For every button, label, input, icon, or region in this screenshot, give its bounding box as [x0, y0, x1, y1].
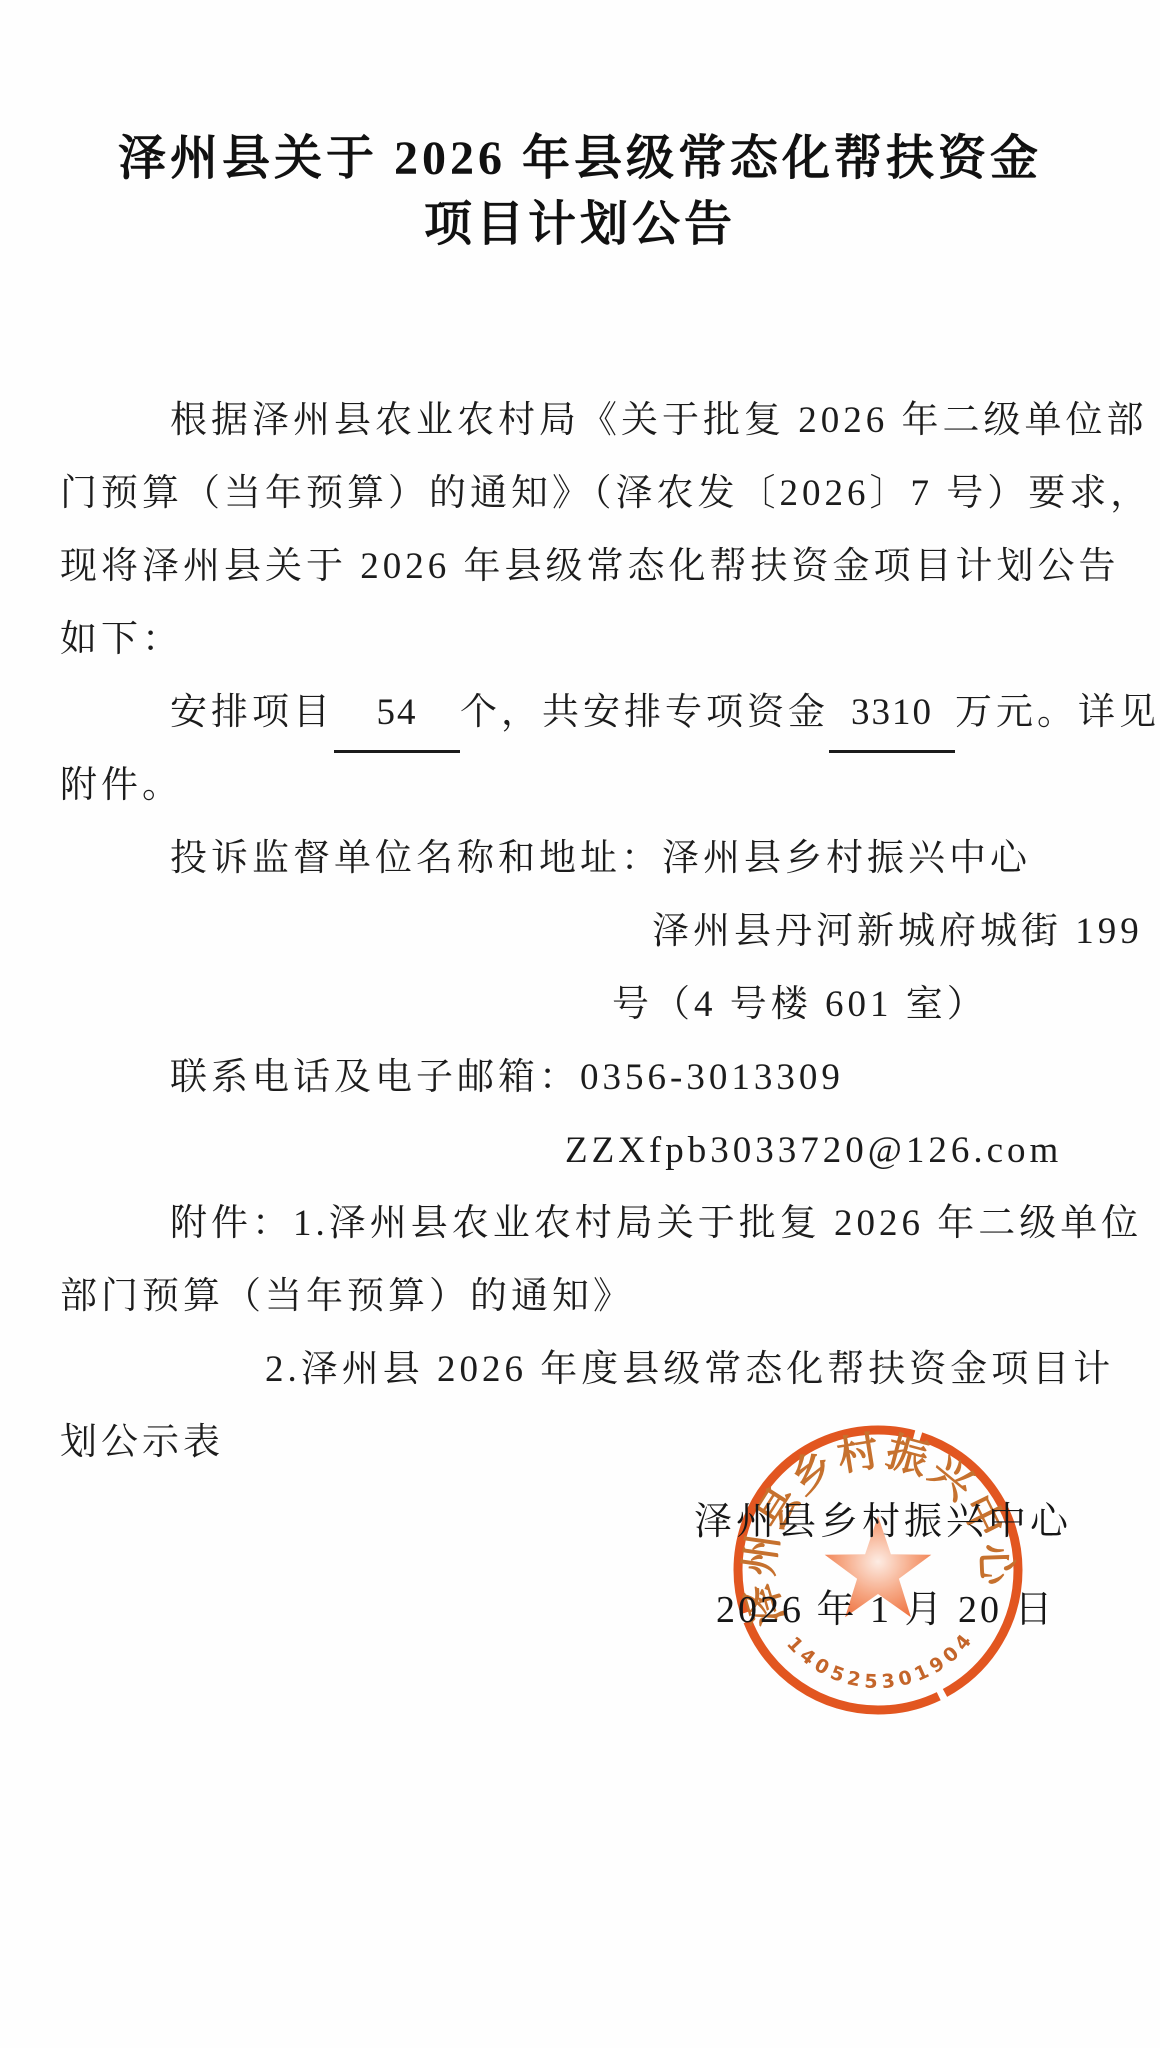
body-line: 根据泽州县农业农村局《关于批复 2026 年二级单位部: [170, 384, 1106, 457]
page-title-line2: 项目计划公告: [0, 192, 1160, 258]
phone-number: 0356-3013309: [580, 1057, 844, 1098]
body-line-projects: 安排项目54个，共安排专项资金3310万元。详见: [170, 676, 1106, 749]
complaint-label: 投诉监督单位名称和地址：: [170, 838, 662, 879]
body-line: 部门预算（当年预算）的通知》: [60, 1260, 1106, 1333]
complaint-org: 泽州县乡村振兴中心: [662, 838, 1031, 879]
contact-label: 联系电话及电子邮箱：: [170, 1057, 580, 1098]
projects-middle: 个，共安排专项资金: [460, 692, 829, 733]
projects-prefix: 安排项目: [170, 692, 334, 733]
attachment-label: 附件：: [170, 1203, 293, 1244]
body-line-contact: 联系电话及电子邮箱：0356-3013309: [170, 1041, 1106, 1114]
signature-date: 2026 年 1 月 20 日: [716, 1578, 1056, 1633]
project-count-value: 54: [334, 676, 460, 753]
body-line: 门预算（当年预算）的通知》（泽农发〔2026〕7 号）要求，: [60, 457, 1106, 530]
address-line-2: 号（4 号楼 601 室）: [612, 968, 1106, 1041]
document-page: 泽州县关于 2026 年县级常态化帮扶资金 项目计划公告 根据泽州县农业农村局《…: [0, 0, 1160, 2048]
body-line: 附件。: [60, 749, 1106, 822]
attachment-1-text: 1.泽州县农业农村局关于批复 2026 年二级单位: [293, 1203, 1142, 1244]
address-line-1: 泽州县丹河新城府城街 199: [652, 895, 1106, 968]
email-address: ZZXfpb3033720@126.com: [565, 1114, 1106, 1187]
official-seal-graphic: 泽州县乡村振兴中心 1405253019042: [728, 1420, 1028, 1720]
body-line-attachment-2: 2.泽州县 2026 年度县级常态化帮扶资金项目计: [265, 1333, 1106, 1406]
projects-suffix: 万元。详见: [955, 692, 1160, 733]
official-seal: 泽州县乡村振兴中心 1405253019042: [728, 1420, 1028, 1720]
body-line: 如下：: [60, 603, 1106, 676]
fund-amount-value: 3310: [829, 676, 955, 753]
signature-org: 泽州县乡村振兴中心: [694, 1490, 1072, 1545]
page-title-line1: 泽州县关于 2026 年县级常态化帮扶资金: [0, 126, 1160, 192]
body-line-attachment-1: 附件：1.泽州县农业农村局关于批复 2026 年二级单位: [170, 1187, 1106, 1260]
body-line: 现将泽州县关于 2026 年县级常态化帮扶资金项目计划公告: [60, 530, 1106, 603]
page-title: 泽州县关于 2026 年县级常态化帮扶资金 项目计划公告: [0, 126, 1160, 258]
body-line-complaint: 投诉监督单位名称和地址：泽州县乡村振兴中心: [170, 822, 1106, 895]
document-body: 根据泽州县农业农村局《关于批复 2026 年二级单位部 门预算（当年预算）的通知…: [60, 384, 1106, 1479]
